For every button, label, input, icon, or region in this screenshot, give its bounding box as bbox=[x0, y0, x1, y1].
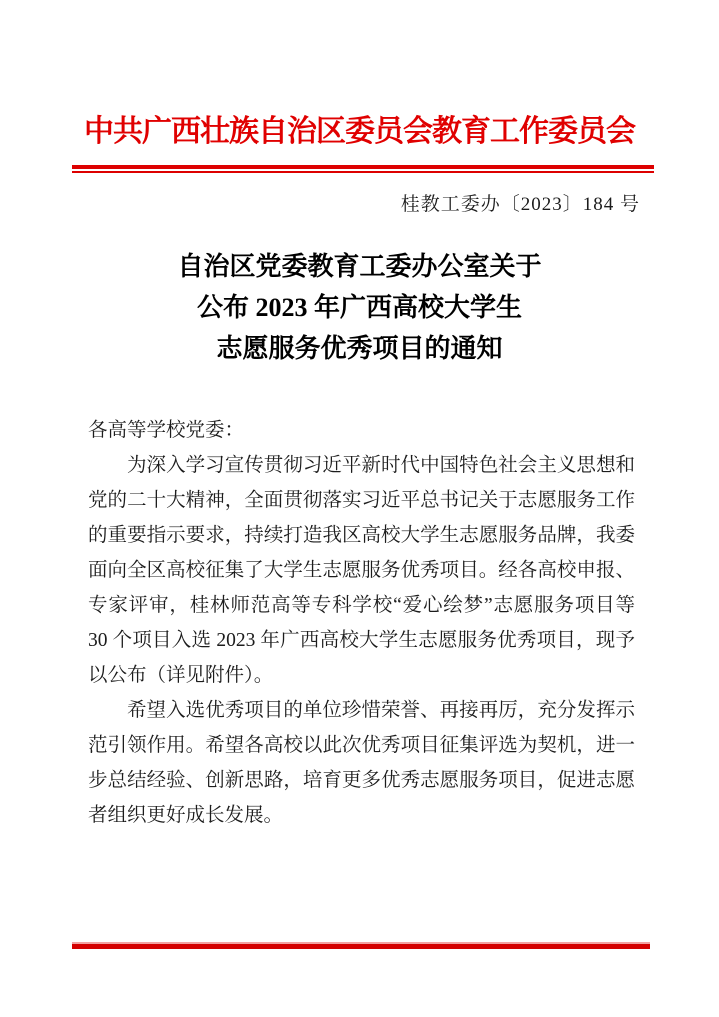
header-rule-thin-line bbox=[72, 171, 654, 173]
footer-rule bbox=[72, 942, 650, 949]
document-page: 中共广西壮族自治区委员会教育工作委员会 桂教工委办〔2023〕184 号 自治区… bbox=[0, 0, 719, 1017]
document-number: 桂教工委办〔2023〕184 号 bbox=[401, 189, 640, 216]
notice-title-line-1: 自治区党委教育工委办公室关于 bbox=[0, 246, 719, 287]
body-paragraph-2: 希望入选优秀项目的单位珍惜荣誉、再接再厉，充分发挥示范引领作用。希望各高校以此次… bbox=[88, 693, 635, 833]
salutation: 各高等学校党委： bbox=[88, 413, 635, 448]
notice-title-line-2: 公布 2023 年广西高校大学生 bbox=[0, 287, 719, 328]
notice-title-line-3: 志愿服务优秀项目的通知 bbox=[0, 328, 719, 369]
body-paragraph-1: 为深入学习宣传贯彻习近平新时代中国特色社会主义思想和党的二十大精神，全面贯彻落实… bbox=[88, 448, 635, 693]
notice-body: 各高等学校党委： 为深入学习宣传贯彻习近平新时代中国特色社会主义思想和党的二十大… bbox=[88, 413, 635, 833]
footer-rule-dark-line bbox=[72, 944, 650, 949]
header-double-rule bbox=[72, 165, 654, 173]
issuing-org-masthead: 中共广西壮族自治区委员会教育工作委员会 bbox=[0, 106, 719, 150]
notice-title: 自治区党委教育工委办公室关于 公布 2023 年广西高校大学生 志愿服务优秀项目… bbox=[0, 246, 719, 369]
